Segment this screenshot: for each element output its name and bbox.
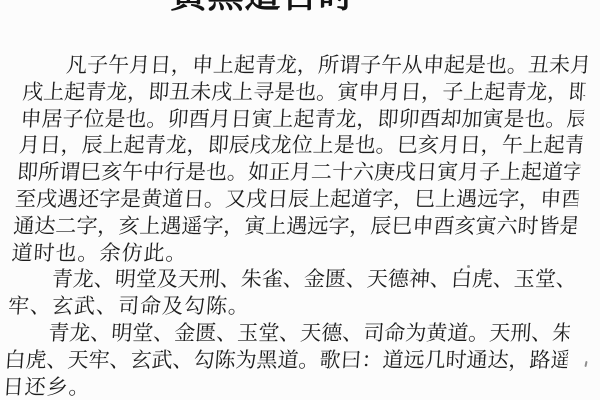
text-line: 至戌遇还字是黄道日。又戌日辰上起道字，巳上遇远字，申酉遇 (14, 186, 579, 213)
text-line: 道时也。余仿此。 (11, 240, 576, 267)
text-line: 戌上起青龙，即丑未戌上寻是也。寅申月日，子上起青龙，即寅 (21, 79, 586, 106)
text-line: 申居子位是也。卯酉月日寅上起青龙，即卯酉却加寅是也。辰戌 (20, 106, 585, 133)
paragraph-2: 青龙、明堂及天刑、朱雀、金匮、天德神、白虎、玉堂、天 牢、玄武、司命及勾陈。 (7, 266, 574, 320)
noise-speck (467, 265, 470, 268)
noise-speck (584, 361, 587, 367)
page-title: 黄黑道日时 (170, 0, 355, 13)
text-line: 牢、玄武、司命及勾陈。 (7, 293, 572, 320)
text-line: 即所谓巳亥午中行是也。如正月二十六庚戌日寅月子上起道字，数 (16, 159, 581, 186)
article-body: 凡子午月日，申上起青龙，所谓子午从申起是也。丑未月日， 戌上起青龙，即丑未戌上寻… (2, 52, 588, 400)
paragraph-1: 凡子午月日，申上起青龙，所谓子午从申起是也。丑未月日， 戌上起青龙，即丑未戌上寻… (11, 52, 588, 266)
text-line: 青龙、明堂、金匮、玉堂、天德、司命为黄道。天刑、朱雀、 (5, 320, 570, 347)
text-line: 月日，辰上起青龙，即辰戌龙位上是也。巳亥月日，午上起青龙， (18, 132, 583, 159)
text-line: 凡子午月日，申上起青龙，所谓子午从申起是也。丑未月日， (23, 52, 588, 79)
text-line: 青龙、明堂及天刑、朱雀、金匮、天德神、白虎、玉堂、天 (9, 266, 574, 293)
paragraph-3: 青龙、明堂、金匮、玉堂、天德、司命为黄道。天刑、朱雀、 白虎、天牢、玄武、勾陈为… (2, 320, 570, 400)
scanned-page: 黄黑道日时 凡子午月日，申上起青龙，所谓子午从申起是也。丑未月日， 戌上起青龙，… (0, 0, 600, 400)
text-line: 日还乡。 (2, 374, 567, 400)
page-title-row: 黄黑道日时 (0, 0, 600, 13)
text-line: 通达二字，亥上遇遥字，寅上遇远字，辰巳申酉亥寅六时皆是黄 (13, 213, 578, 240)
text-line: 白虎、天牢、玄武、勾陈为黑道。歌曰：道远几时通达，路遥何 (4, 347, 569, 374)
